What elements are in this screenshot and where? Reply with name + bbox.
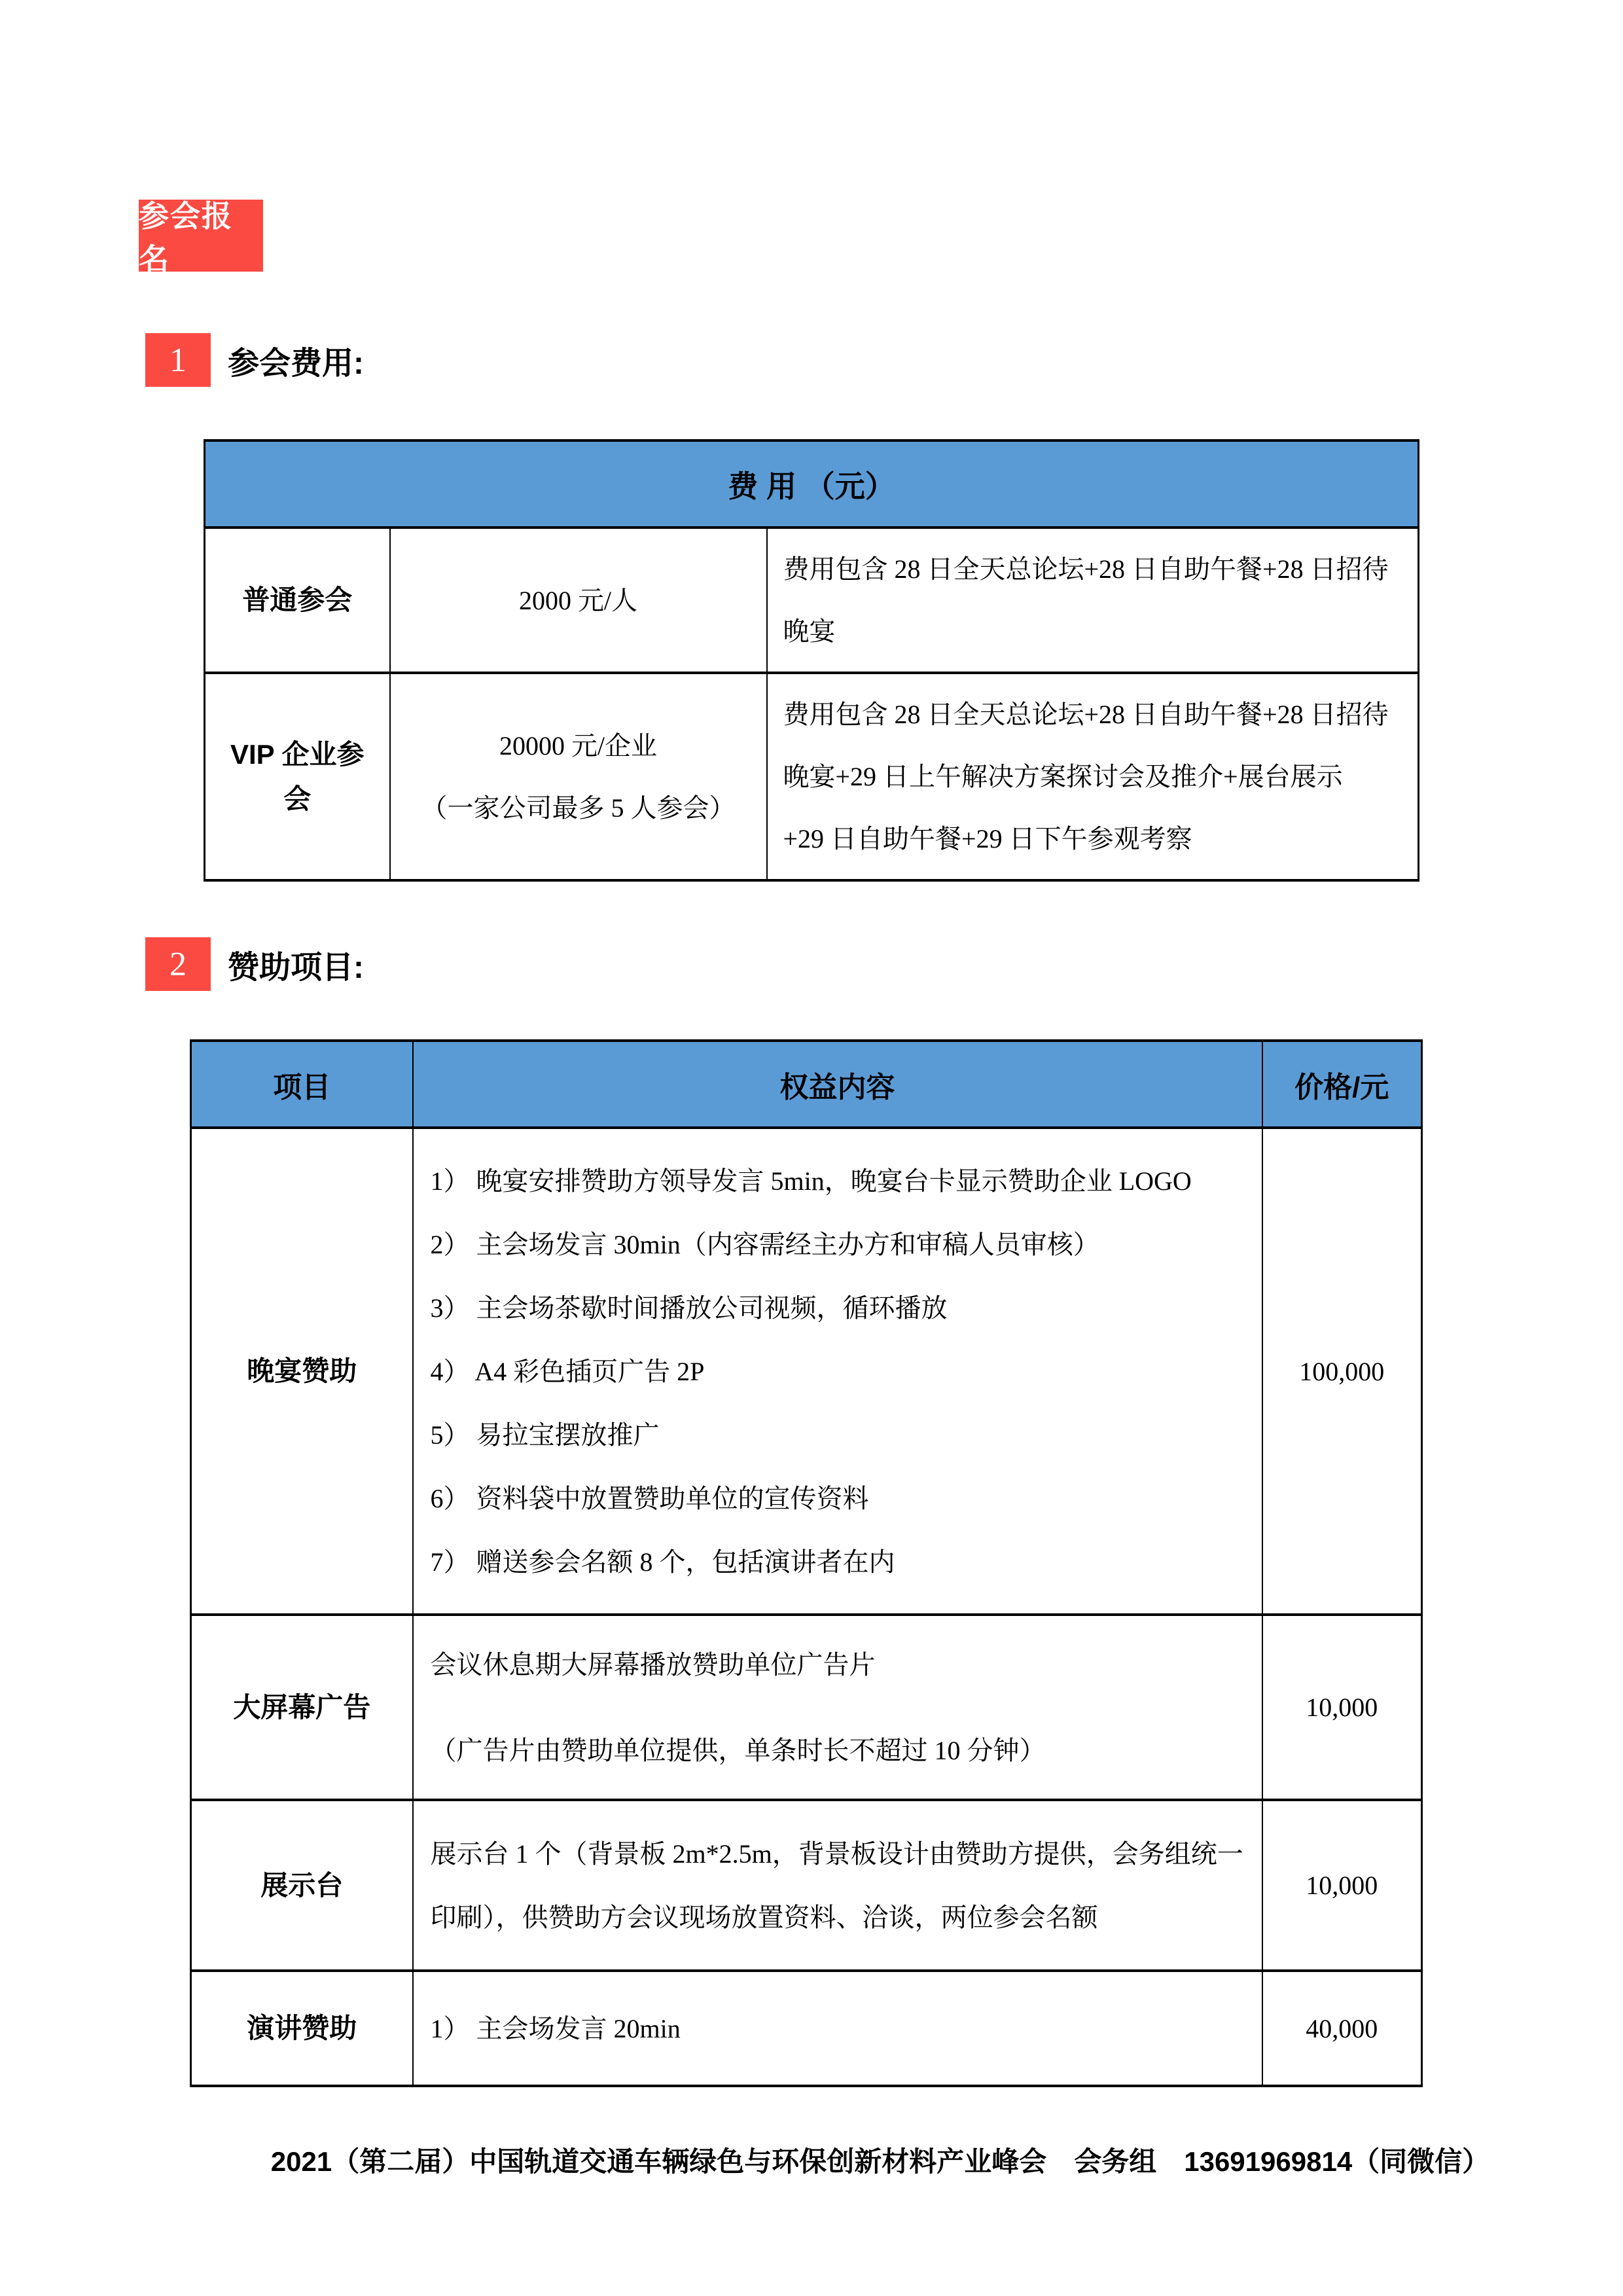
fee-row-1-name: 普通参会: [205, 528, 390, 673]
table-row: 大屏幕广告 会议休息期大屏幕播放赞助单位广告片 （广告片由赞助单位提供，单条时长…: [191, 1615, 1422, 1800]
sponsor-row-1-benefits: 1） 晚宴安排赞助方领导发言 5min，晚宴台卡显示赞助企业 LOGO 2） 主…: [413, 1128, 1262, 1615]
table-row: 普通参会 2000 元/人 费用包含 28 日全天总论坛+28 日自助午餐+28…: [205, 528, 1419, 673]
table-row: 晚宴赞助 1） 晚宴安排赞助方领导发言 5min，晚宴台卡显示赞助企业 LOGO…: [191, 1128, 1422, 1615]
fee-row-2-name: VIP 企业参会: [205, 673, 390, 880]
sponsor-table-header-row: 项目 权益内容 价格/元: [191, 1041, 1422, 1128]
table-row: VIP 企业参会 20000 元/企业 （一家公司最多 5 人参会） 费用包含 …: [205, 673, 1419, 880]
sponsor-row-3-benefits: 展示台 1 个（背景板 2m*2.5m，背景板设计由赞助方提供，会务组统一印刷）…: [413, 1800, 1262, 1971]
fee-row-2-price-line: 20000 元/企业: [397, 715, 760, 777]
fee-table-title: 费 用 （元）: [205, 440, 1419, 528]
sponsor-row-3-price: 10,000: [1262, 1800, 1422, 1971]
benefit-line: 4） A4 彩色插页广告 2P: [431, 1340, 1249, 1403]
sponsor-row-1-name: 晚宴赞助: [191, 1128, 413, 1615]
section-2-header: 2 赞助项目:: [145, 937, 1623, 991]
benefit-line: 6） 资料袋中放置赞助单位的宣传资料: [431, 1467, 1249, 1530]
fee-row-2-price: 20000 元/企业 （一家公司最多 5 人参会）: [390, 673, 767, 880]
fee-table: 费 用 （元） 普通参会 2000 元/人 费用包含 28 日全天总论坛+28 …: [204, 439, 1419, 882]
sponsor-row-1-price: 100,000: [1262, 1128, 1422, 1615]
sponsor-col-header-price: 价格/元: [1262, 1041, 1422, 1128]
section-1-label: 参会费用:: [228, 338, 364, 383]
section-2-label: 赞助项目:: [228, 942, 364, 987]
section-1-number-badge: 1: [145, 333, 211, 387]
sponsor-row-3-name: 展示台: [191, 1800, 413, 1971]
section-2-number-badge: 2: [145, 937, 211, 991]
fee-row-1-price-line: 2000 元/人: [397, 569, 760, 632]
sponsor-row-2-benefits: 会议休息期大屏幕播放赞助单位广告片 （广告片由赞助单位提供，单条时长不超过 10…: [413, 1615, 1262, 1800]
benefit-line: 1） 主会场发言 20min: [431, 1997, 1249, 2060]
sponsor-row-4-price: 40,000: [1262, 1971, 1422, 2086]
benefit-line: 3） 主会场茶歇时间播放公司视频，循环播放: [431, 1276, 1249, 1340]
benefit-line: 5） 易拉宝摆放推广: [431, 1403, 1249, 1467]
sponsor-table: 项目 权益内容 价格/元 晚宴赞助 1） 晚宴安排赞助方领导发言 5min，晚宴…: [190, 1039, 1423, 2087]
benefit-line: 会议休息期大屏幕播放赞助单位广告片: [431, 1633, 1249, 1696]
benefit-line: 2） 主会场发言 30min（内容需经主办方和审稿人员审核）: [431, 1213, 1249, 1276]
fee-row-2-description: 费用包含 28 日全天总论坛+28 日自助午餐+28 日招待晚宴+29 日上午解…: [767, 673, 1419, 880]
sponsor-row-2-name: 大屏幕广告: [191, 1615, 413, 1800]
benefit-line: 7） 赠送参会名额 8 个，包括演讲者在内: [431, 1530, 1249, 1594]
fee-row-1-description: 费用包含 28 日全天总论坛+28 日自助午餐+28 日招待晚宴: [767, 528, 1419, 673]
benefit-line: 展示台 1 个（背景板 2m*2.5m，背景板设计由赞助方提供，会务组统一印刷）…: [431, 1822, 1249, 1949]
footer: 2021（第二届）中国轨道交通车辆绿色与环保创新材料产业峰会 会务组 13691…: [0, 2142, 1623, 2181]
sponsor-row-2-price: 10,000: [1262, 1615, 1422, 1800]
page-title-text: 参会报名: [139, 192, 263, 279]
fee-row-1-price: 2000 元/人: [390, 528, 767, 673]
sponsor-row-4-benefits: 1） 主会场发言 20min: [413, 1971, 1262, 2086]
footer-text: 2021（第二届）中国轨道交通车辆绿色与环保创新材料产业峰会 会务组 13691…: [271, 2146, 1489, 2177]
benefit-line: （广告片由赞助单位提供，单条时长不超过 10 分钟）: [431, 1719, 1249, 1782]
sponsor-col-header-benefits: 权益内容: [413, 1041, 1262, 1128]
table-row: 展示台 展示台 1 个（背景板 2m*2.5m，背景板设计由赞助方提供，会务组统…: [191, 1800, 1422, 1971]
table-row: 演讲赞助 1） 主会场发言 20min 40,000: [191, 1971, 1422, 2086]
benefit-line: 1） 晚宴安排赞助方领导发言 5min，晚宴台卡显示赞助企业 LOGO: [431, 1149, 1249, 1213]
sponsor-col-header-item: 项目: [191, 1041, 413, 1128]
fee-row-2-price-note: （一家公司最多 5 人参会）: [397, 777, 760, 839]
section-1-header: 1 参会费用:: [145, 333, 1623, 387]
page-title-badge: 参会报名: [139, 200, 263, 272]
fee-table-header-row: 费 用 （元）: [205, 440, 1419, 528]
sponsor-row-4-name: 演讲赞助: [191, 1971, 413, 2086]
